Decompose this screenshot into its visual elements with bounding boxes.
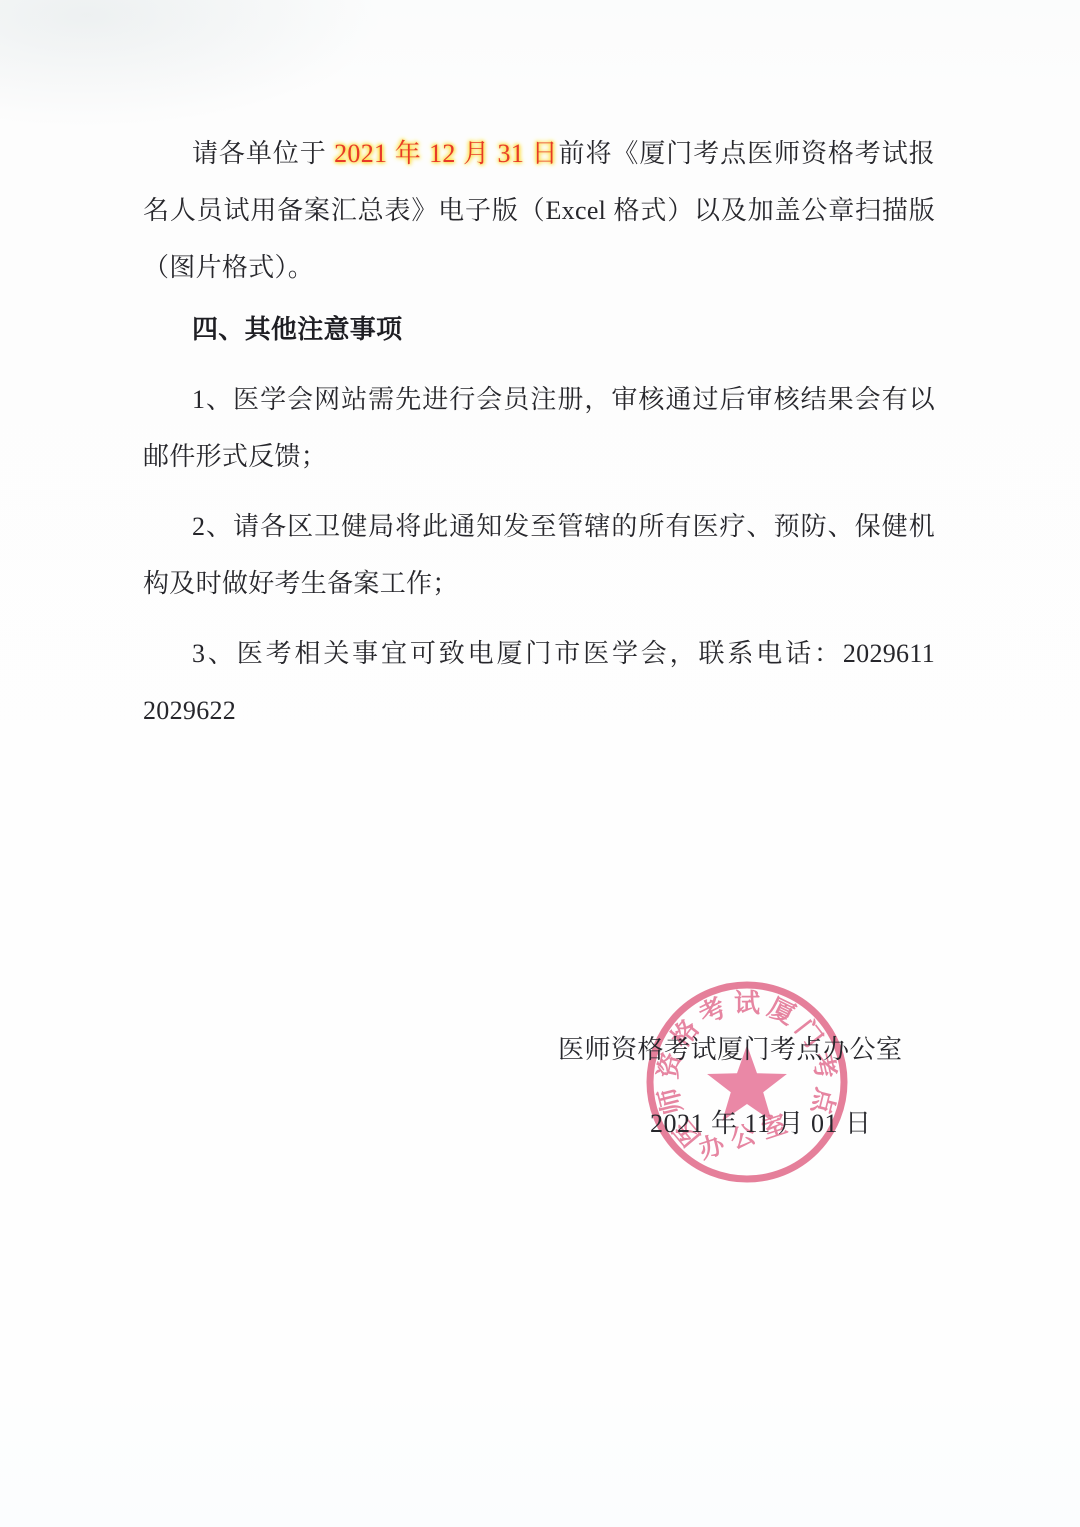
document-page: 请各单位于 2021 年 12 月 31 日前将《厦门考点医师资格考试报名人员试… [0,0,1080,1527]
deadline-date-highlight: 2021 年 12 月 31 日 [334,139,558,168]
section-heading: 四、其他注意事项 [143,301,935,358]
deadline-text-before: 请各单位于 [192,139,334,168]
notice-item-1: 1、医学会网站需先进行会员注册，审核通过后审核结果会有以邮件形式反馈； [143,371,935,485]
notice-item-3: 3、医考相关事宜可致电厦门市医学会，联系电话：2029611 2029622 [143,625,935,739]
notice-item-2: 2、请各区卫健局将此通知发至管辖的所有医疗、预防、保健机构及时做好考生备案工作； [143,498,935,612]
paragraph-deadline: 请各单位于 2021 年 12 月 31 日前将《厦门考点医师资格考试报名人员试… [143,125,935,296]
document-body: 请各单位于 2021 年 12 月 31 日前将《厦门考点医师资格考试报名人员试… [143,0,935,739]
stamp-arc-char: 试 [734,989,760,1018]
signature-date: 2021 年 11 月 01 日 [650,1104,872,1144]
signature-office: 医师资格考试厦门考点办公室 [558,1030,903,1070]
official-seal-stamp: 医 师 资 格 考 试 厦 门 考 点 办公室 [627,962,867,1202]
